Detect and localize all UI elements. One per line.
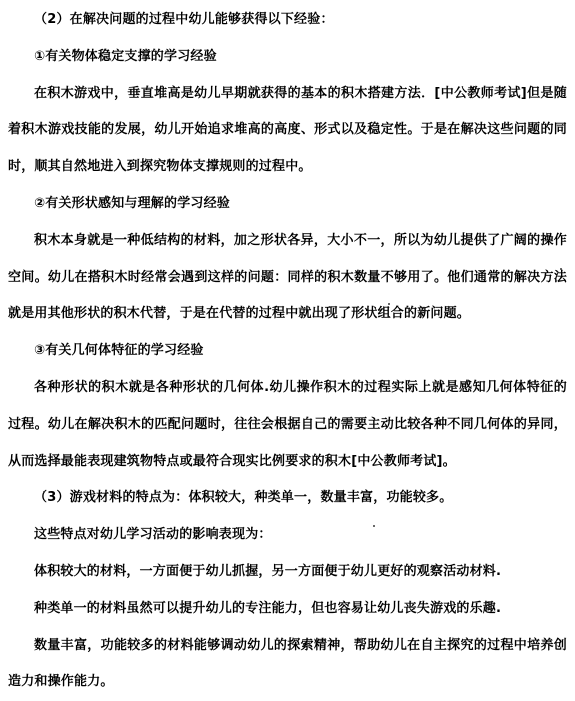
item-2-heading: ②有关形状感知与理解的学习经验 <box>8 186 567 223</box>
section-3-heading: （3）游戏材料的特点为：体积较大，种类单一，数量丰富，功能较多。 <box>8 480 567 517</box>
item-1-body: 在积木游戏中，垂直堆高是幼儿早期就获得的基本的积木搭建方法．[中公教师考试]但是… <box>8 76 567 186</box>
document-page: （2）在解决问题的过程中幼儿能够获得以下经验： ①有关物体稳定支撑的学习经验 在… <box>0 0 575 701</box>
scan-speck <box>43 491 45 493</box>
item-3-body: 各种形状的积木就是各种形状的几何体.幼儿操作积木的过程实际上就是感知几何体特征的… <box>8 370 567 480</box>
effects-intro: 这些特点对幼儿学习活动的影响表现为： <box>8 517 567 554</box>
item-1-heading: ①有关物体稳定支撑的学习经验 <box>8 39 567 76</box>
item-2-body: 积木本身就是一种低结构的材料，加之形状各异，大小不一，所以为幼儿提供了广阔的操作… <box>8 223 567 333</box>
scan-speck <box>560 268 562 270</box>
item-3-heading: ③有关几何体特征的学习经验 <box>8 333 567 370</box>
scan-speck <box>373 525 375 527</box>
effect-1: 体积较大的材料，一方面便于幼儿抓握，另一方面便于幼儿更好的观察活动材料. <box>8 554 567 591</box>
section-2-heading: （2）在解决问题的过程中幼儿能够获得以下经验： <box>8 2 567 39</box>
scan-speck <box>388 303 390 305</box>
effect-3: 数量丰富，功能较多的材料能够调动幼儿的探索精神，帮助幼儿在自主探究的过程中培养创… <box>8 628 567 701</box>
effect-2: 种类单一的材料虽然可以提升幼儿的专注能力，但也容易让幼儿丧失游戏的乐趣. <box>8 591 567 628</box>
